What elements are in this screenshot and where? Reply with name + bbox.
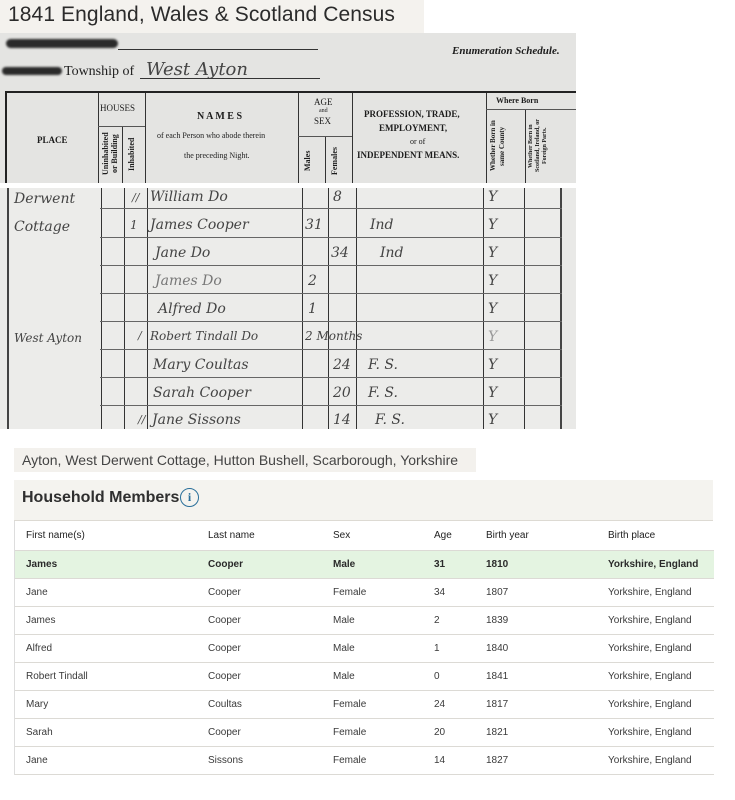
- cell-birth-year: 1817: [486, 691, 508, 718]
- header-names-sub1: of each Person who abode therein: [157, 131, 265, 140]
- census-born: Y: [488, 329, 497, 345]
- cell-first-name: Mary: [26, 691, 48, 718]
- census-entries: Derwent Cottage West Ayton // William Do…: [0, 188, 562, 429]
- cell-last-name: Cooper: [208, 663, 241, 690]
- cell-first-name: Jane: [26, 747, 48, 774]
- house-mark: //: [132, 191, 139, 204]
- census-profession: F. S.: [368, 385, 398, 401]
- column-header-birth-place: Birth place: [608, 521, 655, 551]
- cell-sex: Female: [333, 691, 366, 718]
- cell-first-name: James: [26, 551, 57, 578]
- census-born: Y: [488, 301, 497, 317]
- census-age: 8: [333, 189, 342, 205]
- census-born: Y: [488, 189, 497, 205]
- cell-birth-place: Yorkshire, England: [608, 691, 692, 718]
- cell-birth-year: 1839: [486, 607, 508, 634]
- township-value: West Ayton: [146, 59, 248, 80]
- census-name: Jane Sissons: [152, 412, 241, 428]
- census-born: Y: [488, 357, 497, 373]
- cell-sex: Female: [333, 579, 366, 606]
- census-profession: Ind: [380, 245, 404, 261]
- household-members-panel: Household Members i First name(s) Last n…: [14, 480, 713, 780]
- census-name: Jane Do: [155, 245, 210, 261]
- census-born: Y: [488, 385, 497, 401]
- census-name: Sarah Cooper: [153, 385, 251, 401]
- cell-age: 1: [434, 635, 440, 662]
- census-name: Robert Tindall Do: [150, 329, 258, 343]
- census-age: 2 Months: [305, 329, 362, 343]
- census-born: Y: [488, 245, 497, 261]
- cell-age: 0: [434, 663, 440, 690]
- cell-birth-place: Yorkshire, England: [608, 635, 692, 662]
- census-age: 34: [331, 245, 349, 261]
- township-label: Township of: [64, 64, 134, 80]
- cell-birth-year: 1841: [486, 663, 508, 690]
- cell-first-name: James: [26, 607, 55, 634]
- place-entry: Derwent: [14, 191, 75, 207]
- cell-last-name: Cooper: [208, 579, 241, 606]
- table-row[interactable]: Robert Tindall Cooper Male 0 1841 Yorksh…: [15, 663, 714, 691]
- header-uninhabited: Uninhabited or Building: [101, 129, 121, 179]
- table-row[interactable]: Jane Cooper Female 34 1807 Yorkshire, En…: [15, 579, 714, 607]
- info-icon[interactable]: i: [180, 488, 199, 507]
- column-header-first-name: First name(s): [26, 521, 85, 551]
- census-age: 14: [333, 412, 351, 428]
- schedule-label: Enumeration Schedule.: [452, 45, 560, 57]
- cell-age: 34: [434, 579, 445, 606]
- header-males: Males: [303, 143, 319, 179]
- address-text: Ayton, West Derwent Cottage, Hutton Bush…: [22, 452, 458, 468]
- cell-age: 2: [434, 607, 440, 634]
- census-age: 20: [333, 385, 351, 401]
- header-inhabited: Inhabited: [127, 129, 141, 179]
- cell-birth-place: Yorkshire, England: [608, 719, 692, 746]
- header-born-foreign: Whether Born in Scotland, Ireland, or Fo…: [528, 113, 562, 179]
- cell-first-name: Sarah: [26, 719, 53, 746]
- cell-age: 24: [434, 691, 445, 718]
- census-name: James Cooper: [150, 217, 249, 233]
- header-females: Females: [330, 143, 346, 179]
- table-header-row: First name(s) Last name Sex Age Birth ye…: [15, 521, 714, 551]
- cell-birth-year: 1810: [486, 551, 508, 578]
- cell-first-name: Alfred: [26, 635, 52, 662]
- cell-birth-year: 1807: [486, 579, 508, 606]
- cell-birth-year: 1840: [486, 635, 508, 662]
- cell-birth-year: 1827: [486, 747, 508, 774]
- cell-last-name: Cooper: [208, 719, 241, 746]
- header-born-county: Whether Born in same County: [489, 113, 521, 179]
- place-entry: West Ayton: [14, 331, 82, 345]
- header-profession-1: PROFESSION, TRADE,: [364, 109, 460, 119]
- cell-birth-place: Yorkshire, England: [608, 607, 692, 634]
- header-profession-4: INDEPENDENT MEANS.: [357, 150, 459, 160]
- table-row[interactable]: Alfred Cooper Male 1 1840 Yorkshire, Eng…: [15, 635, 714, 663]
- cell-sex: Male: [333, 635, 355, 662]
- cell-sex: Male: [333, 663, 355, 690]
- page-title: 1841 England, Wales & Scotland Census: [8, 3, 395, 27]
- place-entry: Cottage: [14, 219, 70, 235]
- column-header-sex: Sex: [333, 521, 350, 551]
- census-profession: F. S.: [375, 412, 405, 428]
- census-name: Mary Coultas: [153, 357, 249, 373]
- cell-sex: Female: [333, 747, 366, 774]
- cell-birth-place: Yorkshire, England: [608, 747, 692, 774]
- census-age: 31: [305, 217, 323, 233]
- cell-age: 20: [434, 719, 445, 746]
- cell-last-name: Cooper: [208, 607, 241, 634]
- census-image[interactable]: Township of West Ayton Enumeration Sched…: [0, 33, 576, 429]
- house-mark: /: [138, 329, 142, 342]
- house-mark: 1: [130, 218, 138, 232]
- header-place: PLACE: [37, 135, 68, 145]
- census-born: Y: [488, 217, 497, 233]
- census-born: Y: [488, 273, 497, 289]
- table-row-selected[interactable]: James Cooper Male 31 1810 Yorkshire, Eng…: [15, 551, 714, 579]
- house-mark: //: [138, 413, 145, 426]
- cell-sex: Female: [333, 719, 366, 746]
- cell-birth-year: 1821: [486, 719, 508, 746]
- redacted-mark: [2, 67, 62, 75]
- column-header-last-name: Last name: [208, 521, 255, 551]
- address-label: Ayton, West Derwent Cottage, Hutton Bush…: [14, 448, 476, 472]
- header-and: and: [319, 108, 328, 114]
- cell-birth-place: Yorkshire, England: [608, 579, 692, 606]
- redacted-mark: [6, 39, 118, 48]
- column-header-age: Age: [434, 521, 452, 551]
- panel-header: Household Members i: [14, 480, 713, 521]
- underline: [118, 49, 318, 50]
- header-age: AGE: [314, 97, 333, 107]
- header-where-born: Where Born: [496, 96, 538, 105]
- header-names-sub2: the preceding Night.: [184, 151, 250, 160]
- cell-last-name: Coultas: [208, 691, 242, 718]
- census-age: 24: [333, 357, 351, 373]
- cell-last-name: Cooper: [208, 551, 243, 578]
- census-table-header: PLACE HOUSES Uninhabited or Building Inh…: [5, 91, 576, 183]
- table-row[interactable]: Jane Sissons Female 14 1827 Yorkshire, E…: [15, 747, 714, 775]
- cell-age: 31: [434, 551, 445, 578]
- cell-last-name: Sissons: [208, 747, 243, 774]
- column-header-birth-year: Birth year: [486, 521, 529, 551]
- cell-birth-place: Yorkshire, England: [608, 551, 698, 578]
- census-age: 1: [308, 301, 317, 317]
- panel-title: Household Members: [22, 489, 179, 507]
- census-profession: F. S.: [368, 357, 398, 373]
- census-header-strip: Township of West Ayton Enumeration Sched…: [0, 33, 576, 183]
- header-sex: SEX: [314, 116, 331, 126]
- census-profession: Ind: [370, 217, 394, 233]
- household-table: First name(s) Last name Sex Age Birth ye…: [14, 521, 714, 775]
- table-row[interactable]: Sarah Cooper Female 20 1821 Yorkshire, E…: [15, 719, 714, 747]
- cell-sex: Male: [333, 607, 355, 634]
- header-names: N A M E S: [197, 111, 242, 122]
- page-title-bar: 1841 England, Wales & Scotland Census: [0, 0, 424, 33]
- census-born: Y: [488, 412, 497, 428]
- cell-first-name: Robert Tindall: [26, 663, 88, 690]
- underline: [140, 78, 320, 79]
- header-profession-2: EMPLOYMENT,: [379, 123, 447, 133]
- cell-last-name: Cooper: [208, 635, 241, 662]
- cell-birth-place: Yorkshire, England: [608, 663, 692, 690]
- cell-first-name: Jane: [26, 579, 48, 606]
- census-age: 2: [308, 273, 317, 289]
- header-houses: HOUSES: [100, 103, 135, 113]
- cell-sex: Male: [333, 551, 355, 578]
- census-name: William Do: [150, 189, 228, 205]
- census-name: Alfred Do: [158, 301, 226, 317]
- table-row[interactable]: Mary Coultas Female 24 1817 Yorkshire, E…: [15, 691, 714, 719]
- cell-age: 14: [434, 747, 445, 774]
- census-name: James Do: [155, 273, 222, 289]
- table-row[interactable]: James Cooper Male 2 1839 Yorkshire, Engl…: [15, 607, 714, 635]
- header-profession-3: or of: [410, 137, 425, 146]
